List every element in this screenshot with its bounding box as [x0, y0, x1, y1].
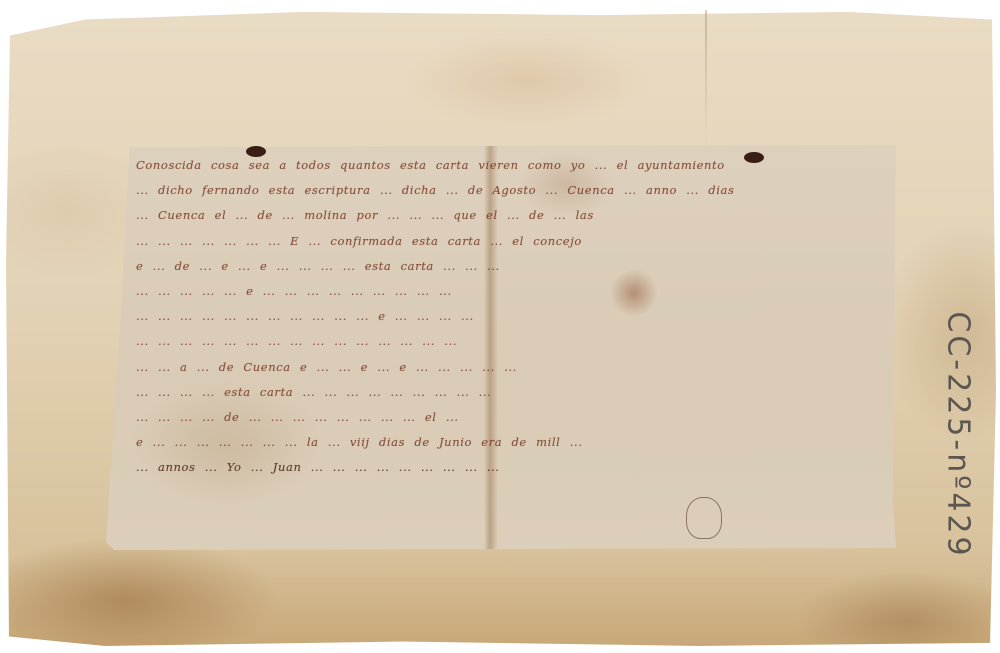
manuscript-photo: Conoscida cosa sea a todos quantos esta … [0, 0, 1000, 653]
script-line: ... ... ... ... ... ... ... ... ... ... … [136, 329, 881, 354]
script-line: ... dicho fernando esta escriptura ... d… [136, 178, 881, 203]
handwritten-text: Conoscida cosa sea a todos quantos esta … [136, 153, 881, 480]
script-line: ... ... ... ... ... e ... ... ... ... ..… [136, 279, 881, 304]
script-line: ... ... a ... de Cuenca e ... ... e ... … [136, 355, 881, 380]
script-line: ... ... ... ... esta carta ... ... ... .… [136, 380, 881, 405]
script-line: ... ... ... ... ... ... ... E ... confir… [136, 229, 881, 254]
script-line: e ... ... ... ... ... ... ... la ... vii… [136, 430, 881, 455]
script-line: ... ... ... ... de ... ... ... ... ... .… [136, 405, 881, 430]
nail-hole-icon [744, 152, 764, 163]
script-line-signature: ... annos ... Yo ... Juan ... ... ... ..… [136, 455, 881, 480]
script-line: ... Cuenca el ... de ... molina por ... … [136, 203, 881, 228]
charter-document: Conoscida cosa sea a todos quantos esta … [106, 145, 896, 550]
script-line: ... ... ... ... ... ... ... ... ... ... … [136, 304, 881, 329]
shelfmark-annotation: CC-225-nº429 [941, 311, 976, 558]
notary-sign-icon [686, 497, 722, 539]
nail-hole-icon [246, 146, 266, 157]
script-line: Conoscida cosa sea a todos quantos esta … [136, 153, 881, 178]
parchment-fold [705, 10, 707, 150]
script-line: e ... de ... e ... e ... ... ... ... est… [136, 254, 881, 279]
